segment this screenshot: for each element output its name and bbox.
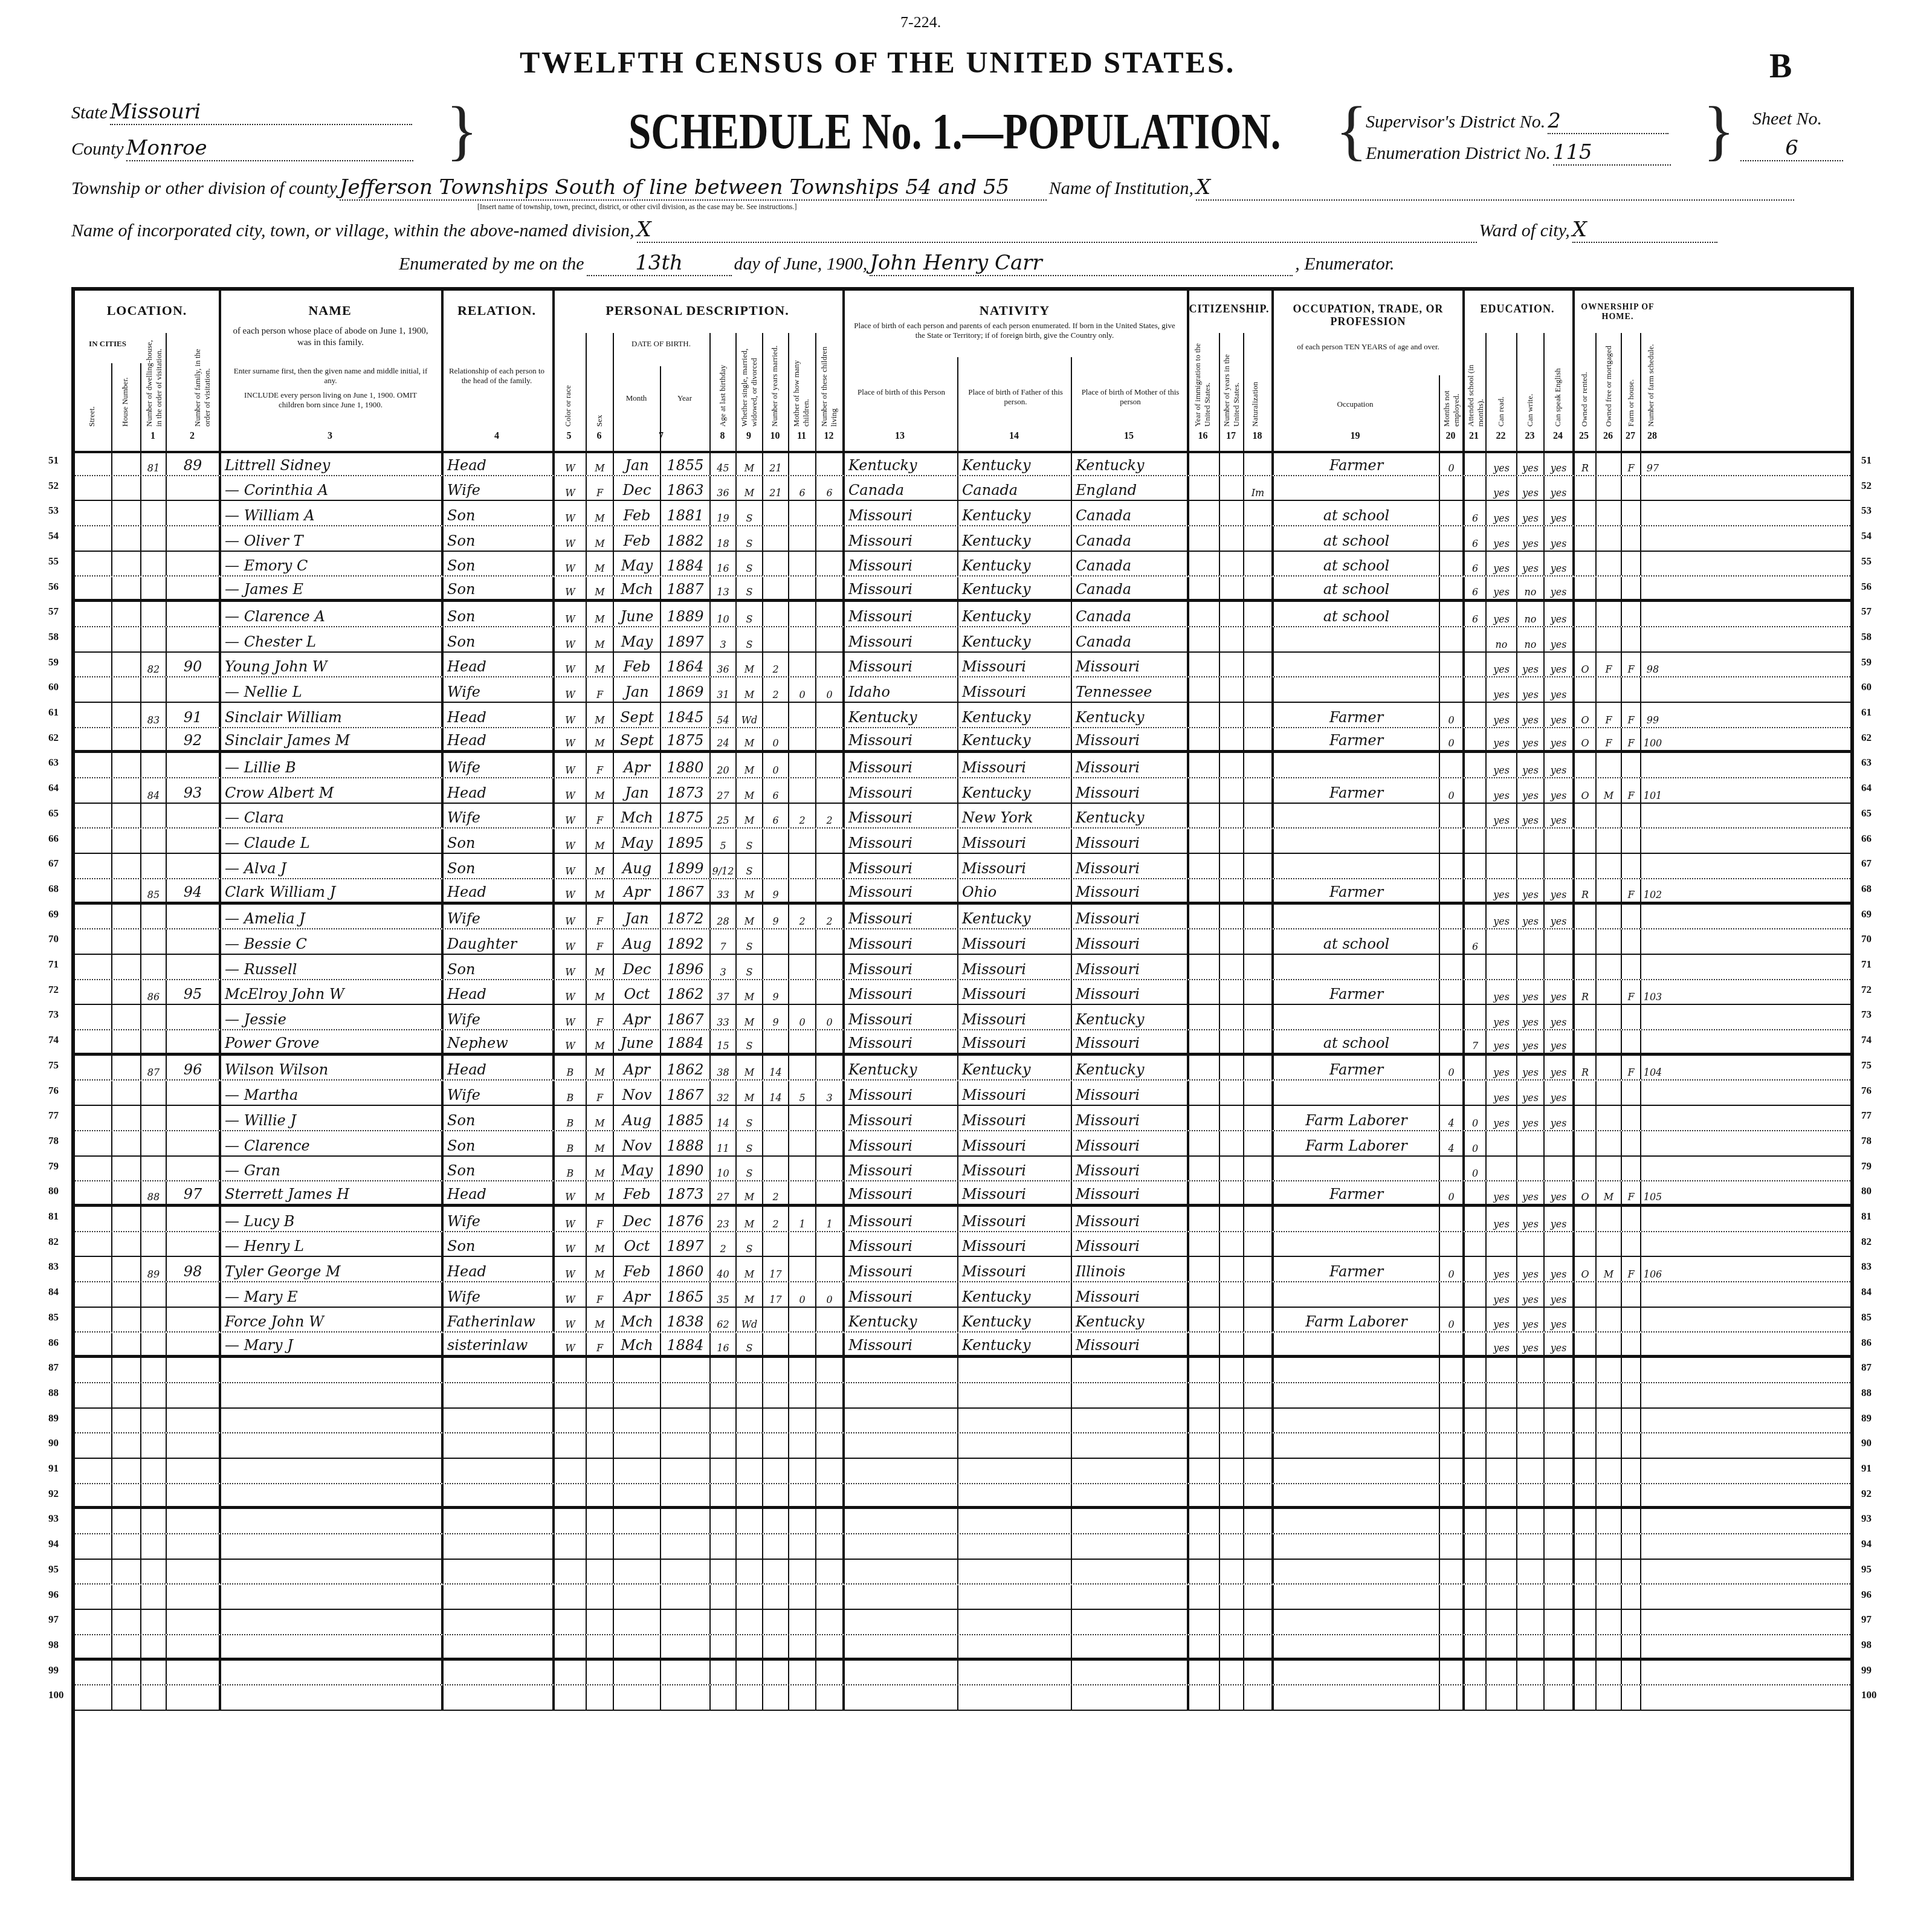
cell-sex: M xyxy=(586,552,613,576)
cell-english: yes xyxy=(1543,804,1572,828)
cell-house xyxy=(111,1484,140,1507)
cell-english xyxy=(1543,1383,1572,1407)
cell-mother-of xyxy=(788,653,815,677)
cell-years-married xyxy=(762,552,788,576)
cell-occupation xyxy=(1271,1358,1439,1382)
col-age: Age at last birthday xyxy=(718,339,728,427)
cell-relation: Wife xyxy=(441,1207,552,1231)
cell-school xyxy=(1462,879,1485,902)
cell-year: 1896 xyxy=(660,955,709,979)
cell-marital xyxy=(735,1358,762,1382)
cell-years-us xyxy=(1219,1534,1243,1559)
cell-street xyxy=(75,1005,111,1029)
cell-house xyxy=(111,1459,140,1483)
cell-owned xyxy=(1572,1232,1595,1256)
cell-color: B xyxy=(552,1081,586,1105)
cell-street xyxy=(75,552,111,576)
cell-marital: S xyxy=(735,1106,762,1130)
cell-age: 18 xyxy=(709,526,735,551)
cell-years-us xyxy=(1219,1181,1243,1204)
cell-mother-of: 1 xyxy=(788,1207,815,1231)
cell-english xyxy=(1543,1585,1572,1609)
cell-age: 15 xyxy=(709,1030,735,1053)
pob-father-label: Place of birth of Father of this person. xyxy=(960,387,1071,407)
cell-pob-mother: Missouri xyxy=(1071,905,1187,929)
cell-occupation xyxy=(1271,905,1439,929)
cell-pob-father: Missouri xyxy=(957,1131,1071,1155)
cell-write xyxy=(1516,1509,1543,1533)
cell-street xyxy=(75,677,111,702)
cell-name: — Chester L xyxy=(219,627,441,651)
line-number-left: 80 xyxy=(48,1185,59,1197)
cell-living xyxy=(815,552,842,576)
cell-month: Feb xyxy=(613,501,660,525)
cell-color: W xyxy=(552,602,586,626)
cell-year: 1890 xyxy=(660,1157,709,1181)
cell-living xyxy=(815,1131,842,1155)
cell-write xyxy=(1516,1534,1543,1559)
cell-years-us xyxy=(1219,653,1243,677)
cell-years-us xyxy=(1219,1433,1243,1458)
line-number-right: 60 xyxy=(1861,681,1872,693)
cell-month xyxy=(613,1560,660,1584)
cell-occupation: Farm Laborer xyxy=(1271,1131,1439,1155)
table-row xyxy=(75,1685,1850,1711)
cell-naturalization xyxy=(1243,1257,1271,1281)
cell-occupation: Farmer xyxy=(1271,728,1439,751)
line-number-right: 98 xyxy=(1861,1639,1872,1651)
cell-color: B xyxy=(552,1106,586,1130)
cell-read: yes xyxy=(1485,1181,1516,1204)
cell-age: 23 xyxy=(709,1207,735,1231)
cell-unemployed xyxy=(1439,1560,1462,1584)
cell-sex: M xyxy=(586,1106,613,1130)
cell-years-married: 2 xyxy=(762,1181,788,1204)
cell-mortgage: F xyxy=(1595,728,1621,751)
table-row xyxy=(75,1433,1850,1459)
table-row: 8796Wilson WilsonHeadBMApr186238M14Kentu… xyxy=(75,1056,1850,1081)
cell-name: Sinclair James M xyxy=(219,728,441,751)
cell-farm-no xyxy=(1640,1005,1664,1029)
cell-pob-mother: Missouri xyxy=(1071,829,1187,853)
cell-farm xyxy=(1621,1106,1640,1130)
cell-color xyxy=(552,1585,586,1609)
cell-street xyxy=(75,1534,111,1559)
cell-sex xyxy=(586,1560,613,1584)
cell-pob xyxy=(842,1635,957,1658)
cell-family xyxy=(166,1534,219,1559)
cell-mother-of: 6 xyxy=(788,476,815,500)
cell-relation xyxy=(441,1610,552,1634)
cell-naturalization xyxy=(1243,1534,1271,1559)
cell-occupation: at school xyxy=(1271,577,1439,599)
cell-sex: F xyxy=(586,1005,613,1029)
cell-write: yes xyxy=(1516,677,1543,702)
cell-read xyxy=(1485,1685,1516,1710)
cell-occupation: at school xyxy=(1271,501,1439,525)
cell-years-us xyxy=(1219,526,1243,551)
cell-year xyxy=(660,1585,709,1609)
cell-farm-no xyxy=(1640,1635,1664,1658)
cell-read: yes xyxy=(1485,980,1516,1004)
cell-write xyxy=(1516,1610,1543,1634)
cell-street xyxy=(75,1409,111,1433)
cell-farm-no xyxy=(1640,1207,1664,1231)
cell-age xyxy=(709,1484,735,1507)
cell-farm xyxy=(1621,1081,1640,1105)
cell-age: 45 xyxy=(709,451,735,475)
cell-color: W xyxy=(552,905,586,929)
cell-year: 1897 xyxy=(660,1232,709,1256)
line-number-left: 64 xyxy=(48,782,59,794)
cell-name: — Lucy B xyxy=(219,1207,441,1231)
cell-years-us xyxy=(1219,1383,1243,1407)
cell-owned xyxy=(1572,1433,1595,1458)
cell-pob-father: New York xyxy=(957,804,1071,828)
line-number-left: 82 xyxy=(48,1236,59,1248)
line-number-right: 75 xyxy=(1861,1059,1872,1071)
cell-mother-of xyxy=(788,1257,815,1281)
cell-color: W xyxy=(552,1257,586,1281)
cell-sex: M xyxy=(586,1181,613,1204)
cell-english: yes xyxy=(1543,1056,1572,1080)
cell-sex: F xyxy=(586,804,613,828)
cell-school xyxy=(1462,1257,1485,1281)
cell-age: 32 xyxy=(709,1081,735,1105)
cell-age: 24 xyxy=(709,728,735,751)
cell-unemployed xyxy=(1439,1409,1462,1433)
line-number-left: 90 xyxy=(48,1437,59,1449)
cell-color: W xyxy=(552,526,586,551)
cell-name: Crow Albert M xyxy=(219,778,441,803)
cell-pob xyxy=(842,1409,957,1433)
cell-mortgage xyxy=(1595,1635,1621,1658)
brace-left: } xyxy=(446,97,478,163)
cell-mother-of xyxy=(788,879,815,902)
cell-mortgage: F xyxy=(1595,703,1621,727)
cell-school xyxy=(1462,980,1485,1004)
cell-year: 1888 xyxy=(660,1131,709,1155)
cell-years-married: 17 xyxy=(762,1257,788,1281)
cell-month: Oct xyxy=(613,980,660,1004)
cell-unemployed xyxy=(1439,1585,1462,1609)
cell-write xyxy=(1516,929,1543,954)
col-can-speak-english: Can speak English xyxy=(1553,345,1563,427)
cell-farm-no xyxy=(1640,1484,1664,1507)
cell-age xyxy=(709,1534,735,1559)
cell-pob-father xyxy=(957,1610,1071,1634)
line-number-right: 74 xyxy=(1861,1034,1872,1046)
cell-age: 37 xyxy=(709,980,735,1004)
cell-write: yes xyxy=(1516,1333,1543,1355)
cell-living xyxy=(815,1610,842,1634)
cell-pob-mother: Missouri xyxy=(1071,1081,1187,1105)
cell-farm-no: 105 xyxy=(1640,1181,1664,1204)
cell-naturalization xyxy=(1243,703,1271,727)
cell-occupation xyxy=(1271,955,1439,979)
cell-immigration xyxy=(1187,778,1219,803)
line-number-left: 61 xyxy=(48,706,59,719)
cell-years-us xyxy=(1219,879,1243,902)
cell-month: Nov xyxy=(613,1081,660,1105)
cell-family xyxy=(166,854,219,878)
col-marital: Whether single, married, widowed, or div… xyxy=(740,339,761,427)
cell-occupation: Farmer xyxy=(1271,778,1439,803)
cell-years-married: 6 xyxy=(762,778,788,803)
cell-street xyxy=(75,653,111,677)
cell-english xyxy=(1543,1409,1572,1433)
cell-english: yes xyxy=(1543,526,1572,551)
cell-years-us xyxy=(1219,778,1243,803)
column-number: 12 xyxy=(815,431,842,442)
cell-farm xyxy=(1621,627,1640,651)
cell-living xyxy=(815,577,842,599)
cell-farm-no xyxy=(1640,1282,1664,1307)
line-number-right: 71 xyxy=(1861,958,1872,971)
cell-english xyxy=(1543,1157,1572,1181)
cell-living xyxy=(815,980,842,1004)
cell-house xyxy=(111,854,140,878)
cell-naturalization xyxy=(1243,501,1271,525)
cell-street xyxy=(75,451,111,475)
cell-mother-of xyxy=(788,1106,815,1130)
line-number-left: 57 xyxy=(48,606,59,618)
cell-family xyxy=(166,1358,219,1382)
cell-living xyxy=(815,1257,842,1281)
cell-year: 1855 xyxy=(660,451,709,475)
cell-owned xyxy=(1572,1509,1595,1533)
cell-house xyxy=(111,552,140,576)
cell-english xyxy=(1543,1131,1572,1155)
cell-pob-mother: Missouri xyxy=(1071,1232,1187,1256)
cell-school: 0 xyxy=(1462,1106,1485,1130)
cell-naturalization xyxy=(1243,1610,1271,1634)
table-row xyxy=(75,1459,1850,1484)
cell-years-us xyxy=(1219,577,1243,599)
cell-marital: M xyxy=(735,1207,762,1231)
cell-sex: F xyxy=(586,1282,613,1307)
cell-unemployed: 4 xyxy=(1439,1131,1462,1155)
cell-pob-mother xyxy=(1071,1484,1187,1507)
cell-english xyxy=(1543,1685,1572,1710)
cell-living xyxy=(815,1106,842,1130)
cell-years-married xyxy=(762,1685,788,1710)
cell-year: 1889 xyxy=(660,602,709,626)
cell-month xyxy=(613,1433,660,1458)
table-row: — Oliver TSonWMFeb188218SMissouriKentuck… xyxy=(75,526,1850,552)
cell-marital: M xyxy=(735,1081,762,1105)
line-number-left: 85 xyxy=(48,1311,59,1323)
column-number: 6 xyxy=(586,431,613,442)
line-number-right: 78 xyxy=(1861,1135,1872,1147)
cell-age: 10 xyxy=(709,602,735,626)
line-number-right: 85 xyxy=(1861,1311,1872,1323)
county-value: Monroe xyxy=(126,136,413,161)
cell-month: Feb xyxy=(613,653,660,677)
cell-color: W xyxy=(552,1232,586,1256)
cell-living xyxy=(815,1661,842,1685)
cell-relation: Son xyxy=(441,1106,552,1130)
cell-dwelling: 84 xyxy=(140,778,166,803)
cell-sex: F xyxy=(586,1081,613,1105)
cell-pob: Missouri xyxy=(842,501,957,525)
cell-sex xyxy=(586,1433,613,1458)
cell-farm-no: 102 xyxy=(1640,879,1664,902)
cell-farm xyxy=(1621,905,1640,929)
cell-family xyxy=(166,1232,219,1256)
cell-write xyxy=(1516,1232,1543,1256)
line-number-right: 52 xyxy=(1861,480,1872,492)
cell-read: yes xyxy=(1485,905,1516,929)
cell-read: yes xyxy=(1485,728,1516,751)
cell-color xyxy=(552,1685,586,1710)
cell-sex: F xyxy=(586,1207,613,1231)
cell-unemployed: 0 xyxy=(1439,1308,1462,1332)
cell-family: 93 xyxy=(166,778,219,803)
cell-relation: Wife xyxy=(441,476,552,500)
cell-pob-father: Kentucky xyxy=(957,1333,1071,1355)
line-number-right: 96 xyxy=(1861,1589,1872,1601)
col-house-number: House Number. xyxy=(120,369,130,427)
cell-pob-mother: Missouri xyxy=(1071,778,1187,803)
cell-read: yes xyxy=(1485,1106,1516,1130)
cell-month: Aug xyxy=(613,929,660,954)
cell-family xyxy=(166,1409,219,1433)
table-row: Force John WFatherinlawWMMch183862WdKent… xyxy=(75,1308,1850,1333)
cell-farm: F xyxy=(1621,703,1640,727)
cell-sex xyxy=(586,1509,613,1533)
cell-years-married xyxy=(762,1509,788,1533)
cell-street xyxy=(75,1459,111,1483)
cell-unemployed xyxy=(1439,1081,1462,1105)
cell-sex: M xyxy=(586,602,613,626)
cell-age xyxy=(709,1635,735,1658)
cell-years-married xyxy=(762,1661,788,1685)
table-row xyxy=(75,1383,1850,1409)
column-number: 26 xyxy=(1595,431,1621,442)
cell-write: yes xyxy=(1516,1181,1543,1204)
cell-owned xyxy=(1572,577,1595,599)
cell-write: yes xyxy=(1516,879,1543,902)
cell-living: 2 xyxy=(815,804,842,828)
cell-name: — Russell xyxy=(219,955,441,979)
cell-year: 1860 xyxy=(660,1257,709,1281)
cell-farm-no xyxy=(1640,602,1664,626)
cell-read: yes xyxy=(1485,703,1516,727)
cell-name: — Gran xyxy=(219,1157,441,1181)
cell-years-us xyxy=(1219,980,1243,1004)
cell-farm-no xyxy=(1640,1358,1664,1382)
cell-mortgage xyxy=(1595,1358,1621,1382)
cell-age xyxy=(709,1358,735,1382)
cell-house xyxy=(111,804,140,828)
cell-farm: F xyxy=(1621,728,1640,751)
cell-marital: S xyxy=(735,1157,762,1181)
cell-farm xyxy=(1621,1308,1640,1332)
line-number-left: 71 xyxy=(48,958,59,971)
cell-english: yes xyxy=(1543,1282,1572,1307)
group-location: LOCATION. xyxy=(75,303,219,318)
cell-english xyxy=(1543,1459,1572,1483)
table-row xyxy=(75,1661,1850,1686)
cell-marital: Wd xyxy=(735,1308,762,1332)
cell-farm xyxy=(1621,1157,1640,1181)
cell-owned xyxy=(1572,1635,1595,1658)
cell-occupation: Farm Laborer xyxy=(1271,1308,1439,1332)
cell-pob xyxy=(842,1560,957,1584)
cell-mother-of xyxy=(788,1308,815,1332)
cell-years-married xyxy=(762,1459,788,1483)
cell-color xyxy=(552,1661,586,1685)
cell-english: yes xyxy=(1543,1257,1572,1281)
cell-house xyxy=(111,602,140,626)
cell-school xyxy=(1462,1308,1485,1332)
cell-living xyxy=(815,602,842,626)
cell-mother-of xyxy=(788,1232,815,1256)
cell-years-married xyxy=(762,1030,788,1053)
cell-dwelling: 81 xyxy=(140,451,166,475)
column-number: 14 xyxy=(957,431,1071,442)
cell-pob: Kentucky xyxy=(842,451,957,475)
column-number: 24 xyxy=(1543,431,1572,442)
cell-years-married: 2 xyxy=(762,677,788,702)
cell-owned xyxy=(1572,804,1595,828)
cell-read: yes xyxy=(1485,653,1516,677)
cell-pob-mother xyxy=(1071,1509,1187,1533)
cell-school xyxy=(1462,854,1485,878)
cell-mother-of xyxy=(788,1459,815,1483)
line-number-right: 65 xyxy=(1861,807,1872,819)
cell-street xyxy=(75,627,111,651)
cell-pob-mother xyxy=(1071,1459,1187,1483)
cell-year xyxy=(660,1685,709,1710)
cell-sex xyxy=(586,1685,613,1710)
cell-pob-mother xyxy=(1071,1383,1187,1407)
cell-color: W xyxy=(552,552,586,576)
cell-relation: Head xyxy=(441,653,552,677)
cell-naturalization xyxy=(1243,980,1271,1004)
cell-unemployed: 0 xyxy=(1439,778,1462,803)
line-number-left: 100 xyxy=(48,1689,64,1701)
col-family: Number of family, in the order of visita… xyxy=(193,339,212,427)
cell-sex xyxy=(586,1585,613,1609)
cell-relation: Wife xyxy=(441,905,552,929)
cell-mortgage xyxy=(1595,1157,1621,1181)
cell-house xyxy=(111,829,140,853)
cell-years-us xyxy=(1219,1081,1243,1105)
table-row xyxy=(75,1560,1850,1585)
cell-living xyxy=(815,703,842,727)
cell-house xyxy=(111,1282,140,1307)
cell-pob: Missouri xyxy=(842,980,957,1004)
cell-school xyxy=(1462,1081,1485,1105)
cell-living xyxy=(815,1560,842,1584)
cell-marital: M xyxy=(735,653,762,677)
cell-living xyxy=(815,1308,842,1332)
cell-street xyxy=(75,728,111,751)
cell-family xyxy=(166,804,219,828)
cell-mortgage: M xyxy=(1595,778,1621,803)
cell-farm xyxy=(1621,829,1640,853)
cell-family xyxy=(166,1635,219,1658)
cell-age: 33 xyxy=(709,879,735,902)
column-number: 13 xyxy=(842,431,957,442)
cell-years-married xyxy=(762,1106,788,1130)
cell-pob-mother: Missouri xyxy=(1071,1181,1187,1204)
cell-relation xyxy=(441,1459,552,1483)
cell-unemployed xyxy=(1439,1157,1462,1181)
cell-pob-mother: Missouri xyxy=(1071,1207,1187,1231)
